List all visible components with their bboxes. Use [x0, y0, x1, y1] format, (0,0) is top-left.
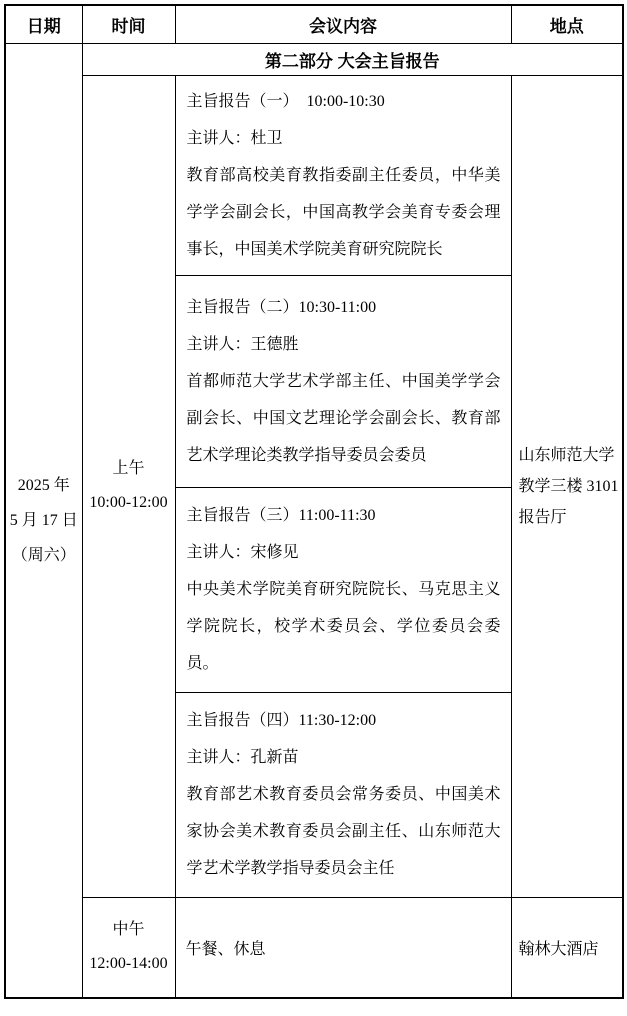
report-2-bio: 首都师范大学艺术学部主任、中国美学学会副会长、中国文艺理论学会副会长、教育部艺术…	[187, 363, 501, 474]
header-row: 日期 时间 会议内容 地点	[5, 5, 623, 43]
time-label-morning: 上午	[83, 452, 175, 486]
time-range-lunch: 12:00-14:00	[83, 947, 175, 981]
report-block-3: 主旨报告（三）11:00-11:30 主讲人：宋修见 中央美术学院美育研究院院长…	[175, 487, 511, 692]
report-1-speaker: 主讲人：杜卫	[187, 120, 501, 157]
column-header-date: 日期	[5, 5, 82, 43]
report-3-title: 主旨报告（三）11:00-11:30	[187, 497, 501, 534]
location-line-2: 教学三楼 3101	[519, 471, 619, 502]
location-cell-morning: 山东师范大学 教学三楼 3101 报告厅	[511, 75, 623, 897]
report-block-4: 主旨报告（四）11:30-12:00 主讲人：孔新苗 教育部艺术教育委员会常务委…	[175, 692, 511, 897]
location-cell-lunch: 翰林大酒店	[511, 897, 623, 998]
time-cell-lunch: 中午 12:00-14:00	[82, 897, 175, 998]
date-line-day: 5 月 17 日	[6, 503, 82, 538]
column-header-time: 时间	[82, 5, 175, 43]
date-line-weekday: （周六）	[6, 538, 82, 573]
lunch-row: 中午 12:00-14:00 午餐、休息 翰林大酒店	[5, 897, 623, 998]
conference-schedule-table: 日期 时间 会议内容 地点 2025 年 5 月 17 日 （周六） 第二部分 …	[4, 4, 624, 999]
report-2-speaker: 主讲人：王德胜	[187, 326, 501, 363]
report-1-title: 主旨报告（一） 10:00-10:30	[187, 83, 501, 120]
column-header-content: 会议内容	[175, 5, 511, 43]
report-1-bio: 教育部高校美育教指委副主任委员，中华美学学会副会长，中国高教学会美育专委会理事长…	[187, 157, 501, 268]
time-range-morning: 10:00-12:00	[83, 486, 175, 520]
date-line-year: 2025 年	[6, 468, 82, 503]
location-line-1: 山东师范大学	[519, 440, 619, 471]
report-row-1: 上午 10:00-12:00 主旨报告（一） 10:00-10:30 主讲人：杜…	[5, 75, 623, 275]
section-title: 第二部分 大会主旨报告	[82, 43, 623, 75]
report-2-title: 主旨报告（二）10:30-11:00	[187, 289, 501, 326]
date-cell: 2025 年 5 月 17 日 （周六）	[5, 43, 82, 998]
report-4-bio: 教育部艺术教育委员会常务委员、中国美术家协会美术教育委员会副主任、山东师范大学艺…	[187, 776, 501, 887]
time-cell-morning: 上午 10:00-12:00	[82, 75, 175, 897]
report-4-title: 主旨报告（四）11:30-12:00	[187, 702, 501, 739]
report-3-speaker: 主讲人：宋修见	[187, 534, 501, 571]
location-line-3: 报告厅	[519, 502, 619, 533]
report-4-speaker: 主讲人：孔新苗	[187, 739, 501, 776]
column-header-location: 地点	[511, 5, 623, 43]
time-label-lunch: 中午	[83, 913, 175, 947]
report-block-2: 主旨报告（二）10:30-11:00 主讲人：王德胜 首都师范大学艺术学部主任、…	[175, 275, 511, 487]
report-3-bio: 中央美术学院美育研究院院长、马克思主义学院院长，校学术委员会、学位委员会委员。	[187, 571, 501, 682]
lunch-content-cell: 午餐、休息	[175, 897, 511, 998]
report-block-1: 主旨报告（一） 10:00-10:30 主讲人：杜卫 教育部高校美育教指委副主任…	[175, 75, 511, 275]
section-row: 2025 年 5 月 17 日 （周六） 第二部分 大会主旨报告	[5, 43, 623, 75]
